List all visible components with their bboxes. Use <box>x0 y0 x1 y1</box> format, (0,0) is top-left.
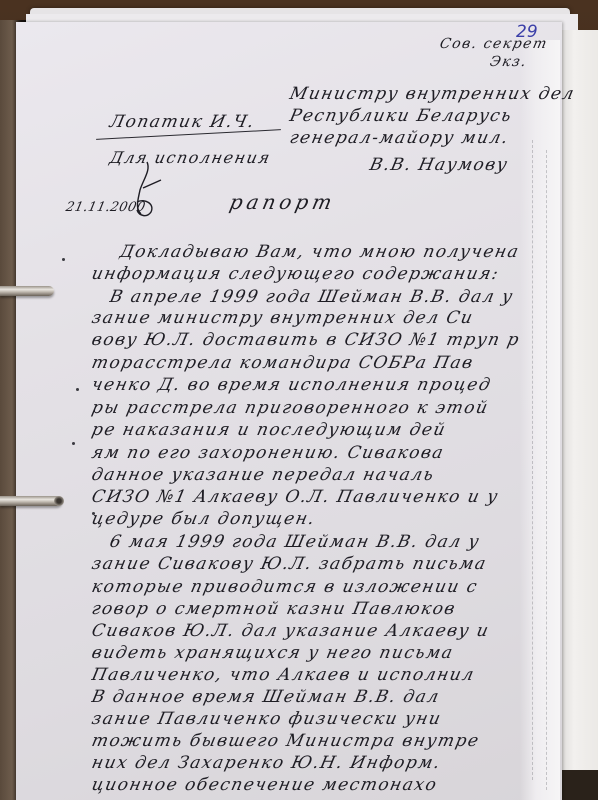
document-title: рапорт <box>227 190 338 214</box>
body-line: цедуре был допущен. <box>90 509 564 529</box>
body-line: торасстрела командира СОБРа Пав <box>90 353 564 373</box>
addressee-line-1: Министру внутренних дел <box>288 84 577 104</box>
body-line: В данное время Шейман В.В. дал <box>90 687 564 707</box>
body-line: ре наказания и последующим дей <box>90 420 564 440</box>
paper-speck <box>76 388 79 391</box>
binder-ring-bottom-end <box>54 496 64 506</box>
secrecy-stamp-line-1: Сов. секрет <box>438 36 549 52</box>
body-line: зание Сивакову Ю.Л. забрать письма <box>90 554 564 574</box>
binder-ring-bottom <box>0 496 62 506</box>
paper-speck <box>72 442 75 445</box>
body-line: зание Павличенко физически уни <box>90 709 564 729</box>
body-line: видеть хранящихся у него письма <box>90 643 564 663</box>
addressee-line-4: В.В. Наумову <box>368 155 510 175</box>
body-line: говор о смертной казни Павлюков <box>90 599 564 619</box>
resolution-name: Лопатик И.Ч. <box>108 112 257 132</box>
addressee-line-3: генерал-майору мил. <box>288 128 511 148</box>
body-line: В апреле 1999 года Шейман В.В. дал у <box>108 287 582 307</box>
body-line: Павличенко, что Алкаев и исполнил <box>90 665 564 685</box>
body-line: информация следующего содержания: <box>90 264 564 284</box>
body-line: данное указание передал началь <box>90 465 564 485</box>
body-line: Докладываю Вам, что мною получена <box>118 242 592 262</box>
body-line: ям по его захоронению. Сивакова <box>90 443 564 463</box>
body-line: 6 мая 1999 года Шейман В.В. дал у <box>108 532 582 552</box>
paper-speck <box>92 512 95 515</box>
body-line: зание министру внутренних дел Си <box>90 308 564 328</box>
resolution-date: 21.11.2000 <box>64 200 147 215</box>
secrecy-stamp-line-2: Экз. <box>488 54 529 70</box>
body-line: них дел Захаренко Ю.Н. Информ. <box>90 753 564 773</box>
body-line: ционное обеспечение местонахо <box>90 775 564 795</box>
paper-speck <box>62 258 65 261</box>
body-line: СИЗО №1 Алкаеву О.Л. Павличенко и у <box>90 487 564 507</box>
body-line: ченко Д. во время исполнения процед <box>90 375 564 395</box>
body-line: ры расстрела приговоренного к этой <box>90 398 564 418</box>
addressee-line-2: Республики Беларусь <box>288 106 514 126</box>
binder-ring-top <box>0 286 54 296</box>
body-line: которые приводится в изложении с <box>90 577 564 597</box>
body-line: Сиваков Ю.Л. дал указание Алкаеву и <box>90 621 564 641</box>
body-line: тожить бывшего Министра внутре <box>90 731 564 751</box>
body-line: вову Ю.Л. доставить в СИЗО №1 труп р <box>90 330 564 350</box>
